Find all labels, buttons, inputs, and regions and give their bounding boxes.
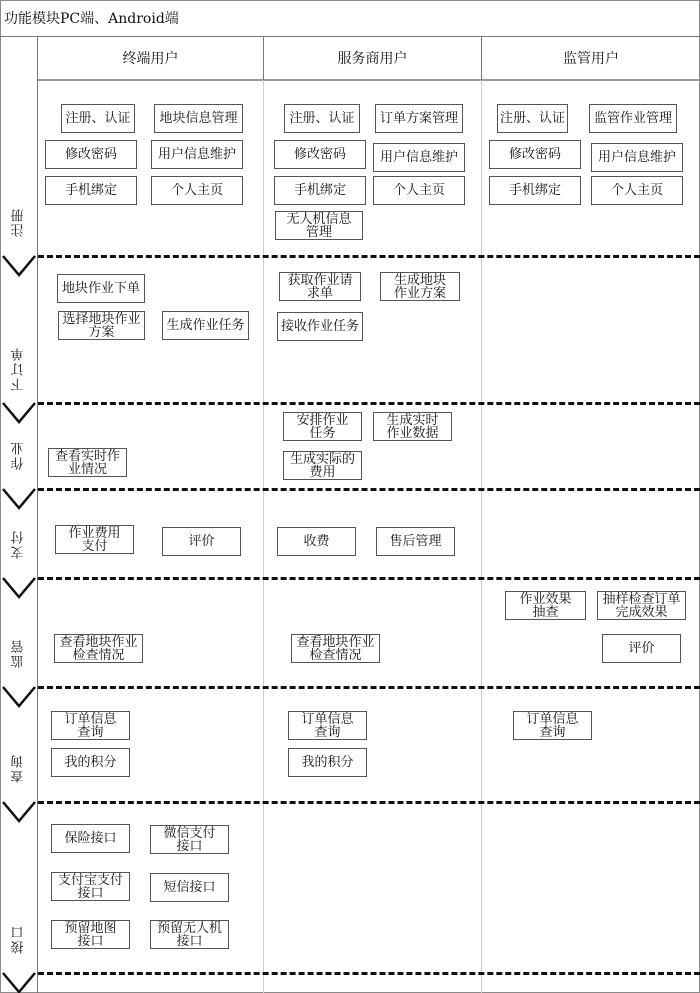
module-box: 抽样检查订单 完成效果 [597, 591, 686, 620]
module-box: 查看实时作 业情况 [48, 448, 127, 477]
lane-label: 接口 [6, 913, 32, 965]
module-box: 预留无人机 接口 [150, 920, 229, 949]
module-box: 获取作业请 求单 [279, 272, 361, 301]
lane-separator [38, 402, 700, 405]
module-box: 我的积分 [288, 748, 367, 777]
module-box: 评价 [162, 527, 241, 556]
module-box: 订单方案管理 [375, 104, 463, 133]
module-box: 手机绑定 [489, 176, 581, 205]
module-box: 安排作业 任务 [283, 412, 362, 441]
lane-separator [38, 255, 700, 258]
module-box: 个人主页 [373, 176, 465, 205]
module-box: 地块信息管理 [154, 104, 243, 133]
module-box: 查看地块作业 检查情况 [54, 634, 143, 663]
chevron-down-icon [2, 402, 36, 424]
module-box: 个人主页 [151, 176, 243, 205]
module-box: 保险接口 [51, 824, 130, 853]
module-box: 注册、认证 [497, 104, 568, 133]
module-box: 微信支付 接口 [150, 825, 229, 854]
module-box: 订单信息 查询 [51, 711, 130, 740]
chevron-down-icon [2, 686, 36, 708]
column-header-service-provider: 服务商用户 [264, 37, 481, 81]
lane-label: 监管 [6, 627, 32, 679]
diagram-title: 功能模块PC端、Android端 [4, 8, 179, 28]
lane-label: 查询 [6, 742, 32, 794]
module-box: 接收作业任务 [277, 312, 363, 341]
module-box: 手机绑定 [45, 176, 137, 205]
chevron-down-icon [2, 577, 36, 599]
module-box: 售后管理 [376, 527, 455, 556]
module-box: 手机绑定 [274, 176, 366, 205]
lane-separator [38, 577, 700, 580]
module-box: 生成地块 作业方案 [380, 272, 460, 301]
module-box: 查看地块作业 检查情况 [291, 634, 380, 663]
chevron-down-icon [2, 972, 36, 993]
module-box: 监管作业管理 [589, 104, 677, 133]
module-box: 生成作业任务 [162, 311, 249, 340]
column-divider [263, 80, 264, 993]
module-box: 用户信息维护 [151, 140, 243, 169]
lane-label: 下订单 [6, 343, 32, 395]
column-header-end-user: 终端用户 [38, 37, 263, 81]
module-box: 用户信息维护 [373, 143, 465, 172]
module-box: 作业效果 抽查 [505, 591, 586, 620]
module-box: 收费 [277, 527, 356, 556]
module-box: 选择地块作业 方案 [58, 311, 145, 340]
module-box: 订单信息 查询 [513, 711, 592, 740]
lane-label: 作业 [6, 429, 32, 481]
lane-separator [38, 488, 700, 491]
module-box: 生成实时 作业数据 [373, 412, 452, 441]
module-box: 支付宝支付 接口 [51, 872, 130, 901]
module-box: 修改密码 [45, 140, 137, 169]
module-box: 修改密码 [489, 140, 581, 169]
lane-separator [38, 801, 700, 804]
module-box: 地块作业下单 [57, 274, 145, 303]
lane-label: 支付 [6, 518, 32, 570]
module-box: 注册、认证 [61, 104, 135, 133]
module-box: 我的积分 [51, 748, 130, 777]
chevron-down-icon [2, 488, 36, 510]
module-box: 修改密码 [274, 140, 366, 169]
module-box: 评价 [602, 634, 681, 663]
module-box: 个人主页 [591, 176, 683, 205]
module-box: 作业费用 支付 [55, 525, 134, 554]
module-box: 无人机信息 管理 [275, 211, 363, 240]
lane-label: 注册 [6, 196, 32, 248]
module-box: 订单信息 查询 [288, 711, 367, 740]
lane-separator [38, 972, 700, 975]
column-divider [481, 37, 482, 80]
module-box: 生成实际的 费用 [283, 451, 362, 480]
module-box: 预留地图 接口 [51, 920, 130, 949]
lane-gutter [0, 37, 38, 993]
chevron-down-icon [2, 801, 36, 823]
column-header-regulator: 监管用户 [482, 37, 700, 81]
lane-separator [38, 686, 700, 689]
module-box: 短信接口 [150, 873, 229, 902]
module-box: 用户信息维护 [591, 143, 683, 172]
column-divider [263, 37, 264, 80]
column-divider [481, 80, 482, 993]
module-box: 注册、认证 [284, 104, 360, 133]
chevron-down-icon [2, 255, 36, 277]
